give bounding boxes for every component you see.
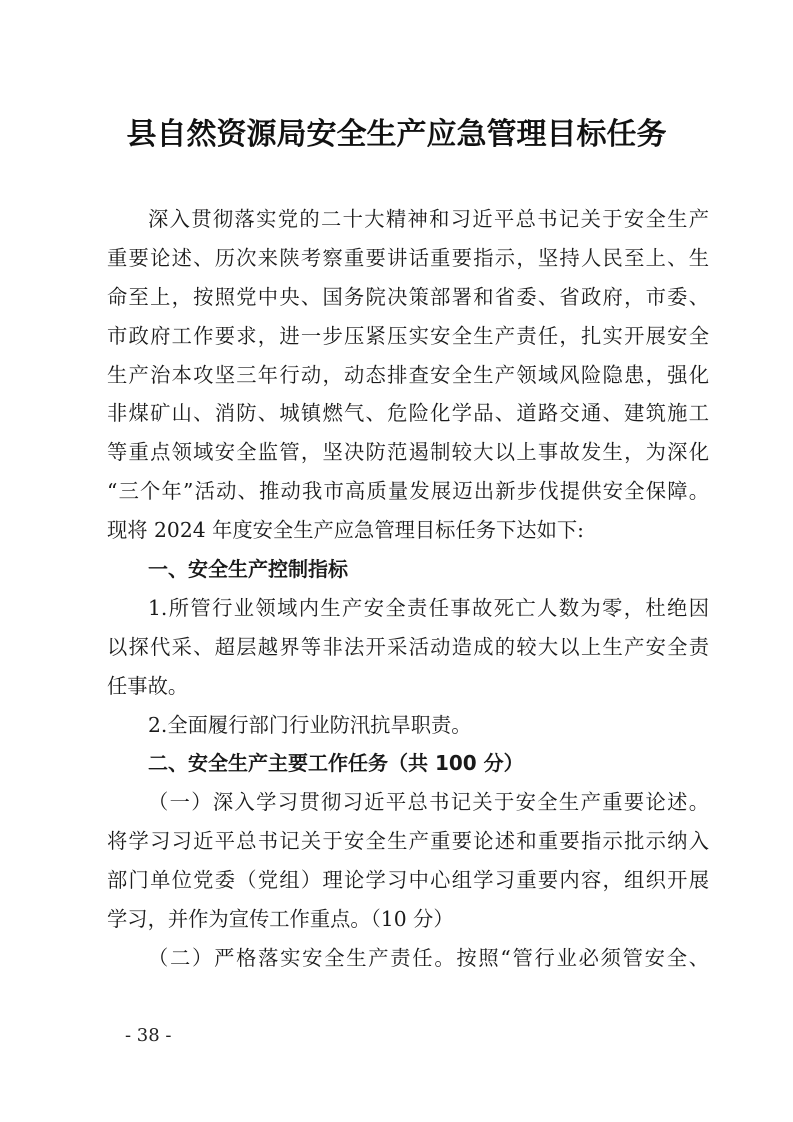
document-title: 县自然资源局安全生产应急管理目标任务 <box>0 115 793 155</box>
paragraph-line: 深入贯彻落实党的二十大精神和习近平总书记关于安全生产 <box>107 200 709 239</box>
list-item-1: 1.所管行业领域内生产安全责任事故死亡人数为零，杜绝因 <box>107 589 709 628</box>
section-heading-1: 一、安全生产控制指标 <box>107 550 709 589</box>
paragraph-line: 任事故。 <box>107 667 709 706</box>
paragraph-line: 现将 2024 年度安全生产应急管理目标任务下达如下: <box>107 511 709 550</box>
section-heading-2: 二、安全生产主要工作任务（共 100 分） <box>107 744 709 783</box>
paragraph-line: 命至上，按照党中央、国务院决策部署和省委、省政府，市委、 <box>107 278 709 317</box>
page-number: - 38 - <box>125 1025 172 1046</box>
paragraph-line: 生产治本攻坚三年行动，动态排查安全生产领域风险隐患，强化 <box>107 356 709 395</box>
paragraph-line: 将学习习近平总书记关于安全生产重要论述和重要指示批示纳入 <box>107 822 709 861</box>
subsection-1: （一）深入学习贯彻习近平总书记关于安全生产重要论述。 <box>107 783 709 822</box>
document-body: 深入贯彻落实党的二十大精神和习近平总书记关于安全生产 重要论述、历次来陕考察重要… <box>107 200 709 978</box>
subsection-2: （二）严格落实安全生产责任。按照“管行业必须管安全、 <box>107 939 709 978</box>
paragraph-line: 以探代采、超层越界等非法开采活动造成的较大以上生产安全责 <box>107 628 709 667</box>
paragraph-line: 市政府工作要求，进一步压紧压实安全生产责任，扎实开展安全 <box>107 317 709 356</box>
paragraph-line: 非煤矿山、消防、城镇燃气、危险化学品、道路交通、建筑施工 <box>107 394 709 433</box>
paragraph-line: 学习，并作为宣传工作重点。（10 分） <box>107 900 709 939</box>
document-page: 县自然资源局安全生产应急管理目标任务 深入贯彻落实党的二十大精神和习近平总书记关… <box>0 0 793 1122</box>
paragraph-line: “三个年”活动、推动我市高质量发展迈出新步伐提供安全保障。 <box>107 472 709 511</box>
paragraph-line: 等重点领域安全监管，坚决防范遏制较大以上事故发生，为深化 <box>107 433 709 472</box>
paragraph-line: 部门单位党委（党组）理论学习中心组学习重要内容，组织开展 <box>107 861 709 900</box>
list-item-2: 2.全面履行部门行业防汛抗旱职责。 <box>107 706 709 745</box>
paragraph-line: 重要论述、历次来陕考察重要讲话重要指示，坚持人民至上、生 <box>107 239 709 278</box>
